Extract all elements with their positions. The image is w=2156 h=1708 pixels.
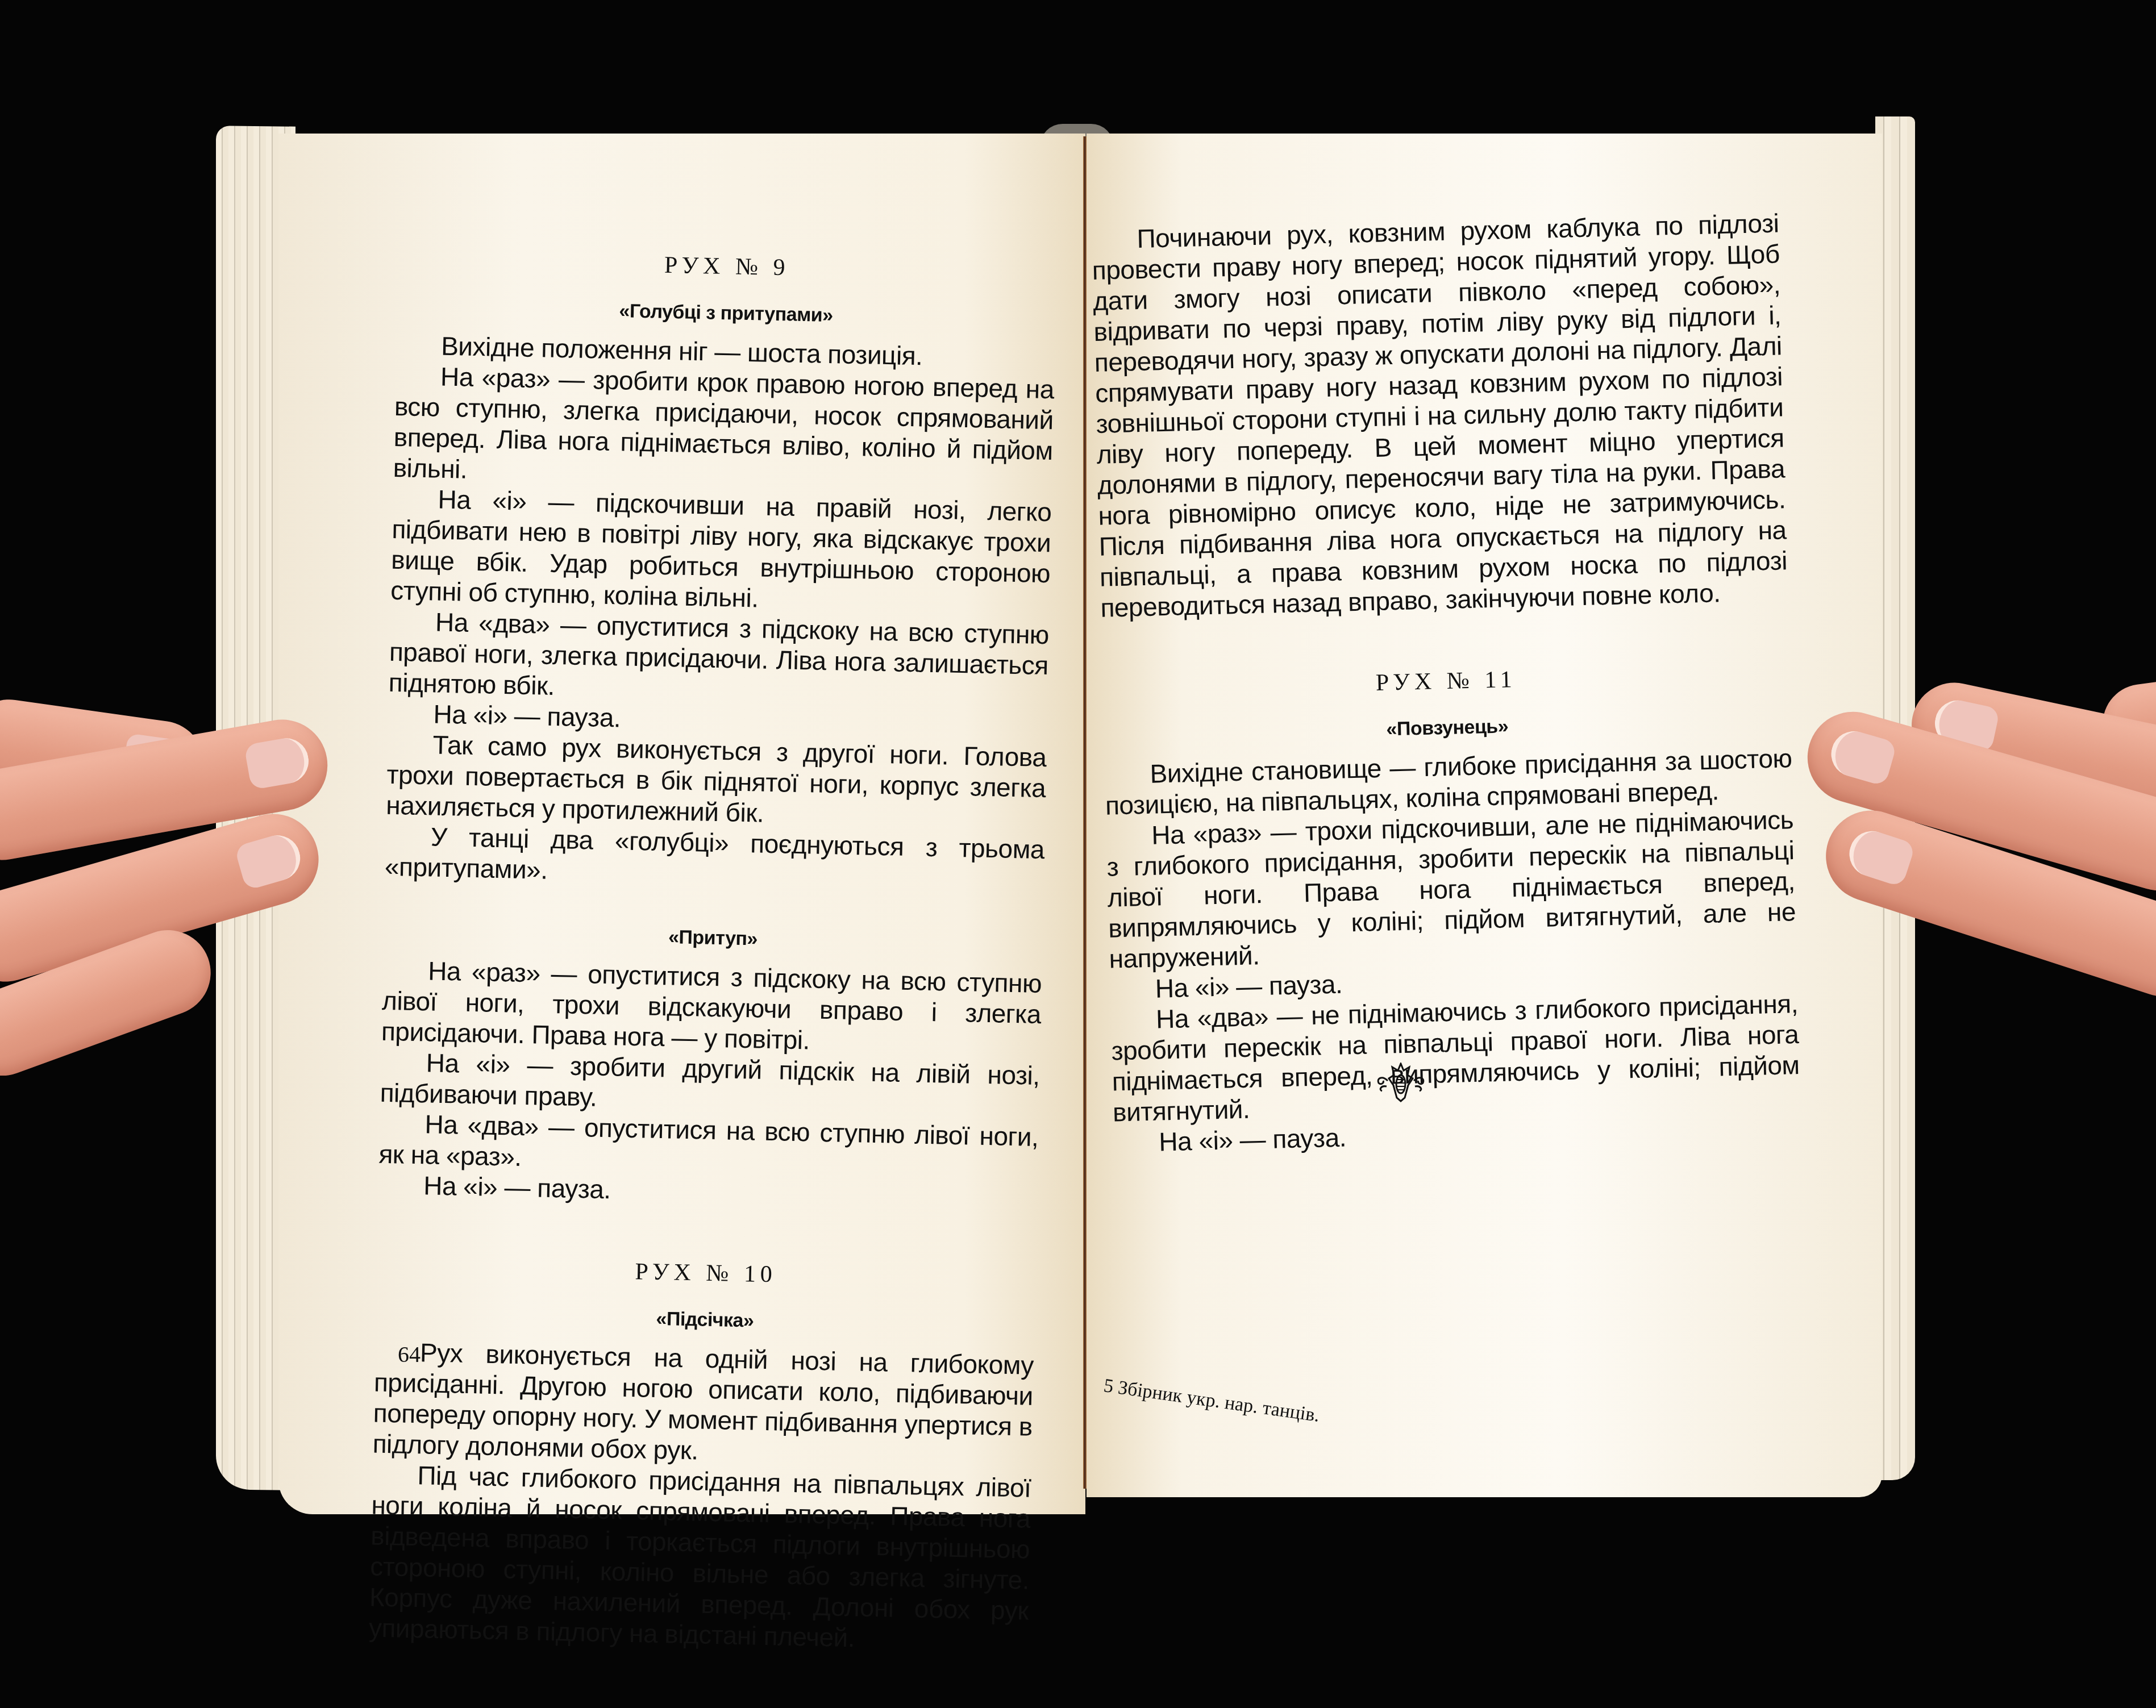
paragraph: На «раз» — опуститися з підскоку на всю … bbox=[381, 955, 1042, 1060]
paragraph: Під час глибокого присідання на півпальц… bbox=[368, 1459, 1031, 1657]
section-title: «Підсічка» bbox=[375, 1298, 1035, 1342]
paragraph: На «два» — не піднімаючись з глибокого п… bbox=[1110, 988, 1801, 1127]
fingernail bbox=[234, 830, 306, 891]
paragraph: На «і» — підскочивши на правій нозі, лег… bbox=[390, 483, 1052, 619]
fingernail bbox=[1826, 726, 1897, 787]
fingernail bbox=[244, 735, 312, 790]
continuation-paragraph: Починаючи рух, ковзним рухом каблука по … bbox=[1091, 207, 1788, 623]
page-number: 64 bbox=[398, 1341, 421, 1368]
folk-flower-ornament-icon bbox=[1375, 1063, 1426, 1102]
paragraph: Так само рух виконується з другої ноги. … bbox=[386, 728, 1047, 834]
section-prytup: «Притуп» На «раз» — опуститися з підскок… bbox=[378, 916, 1043, 1214]
fingernail bbox=[1843, 825, 1916, 887]
paragraph: Рух виконується на одній нозі на глибоко… bbox=[372, 1336, 1034, 1473]
right-page-text: Починаючи рух, ковзним рухом каблука по … bbox=[1091, 207, 1801, 1158]
paragraph: На «раз» — зробити крок правою ногою впе… bbox=[393, 360, 1054, 497]
section-ruh-10: РУХ № 10 «Підсічка» Рух виконується на о… bbox=[368, 1251, 1035, 1657]
section-title: «Повзунець» bbox=[1103, 704, 1791, 752]
paragraph: На «раз» — трохи підскочивши, але не під… bbox=[1106, 804, 1797, 974]
section-title: «Голубці з притупами» bbox=[396, 291, 1056, 335]
left-page-text: РУХ № 9 «Голубці з притупами» Вихідне по… bbox=[368, 244, 1056, 1657]
paragraph: На «два» — опуститися з підскоку на всю … bbox=[388, 606, 1049, 711]
section-ruh-11: РУХ № 11 «Повзунець» Вихідне становище —… bbox=[1102, 657, 1801, 1158]
book-gutter bbox=[1083, 136, 1087, 1489]
section-ruh-9: РУХ № 9 «Голубці з притупами» Вихідне по… bbox=[385, 244, 1057, 895]
